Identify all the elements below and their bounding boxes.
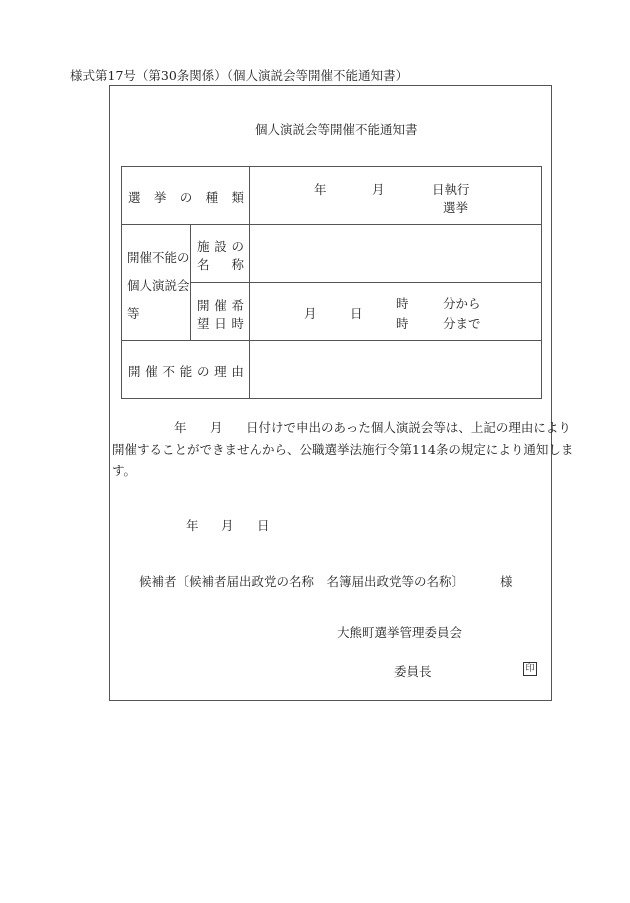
requested-day-field[interactable]: 日 xyxy=(350,304,363,322)
body-line1: 日付けで申出のあった個人演説会等は、上記の理由により xyxy=(246,418,571,436)
requested-month-field[interactable]: 月 xyxy=(304,304,317,322)
reason-field[interactable] xyxy=(252,343,538,395)
start-minute-field[interactable]: 分から xyxy=(443,294,481,312)
facility-name-label-1: 施 設 の xyxy=(197,237,244,255)
body-month: 月 xyxy=(210,418,223,436)
election-day-field[interactable]: 日執行 xyxy=(432,180,470,198)
election-year-field[interactable]: 年 xyxy=(314,180,327,198)
requested-datetime-label-1: 開 催 希 xyxy=(197,296,244,314)
body-line2: 開催することができませんから、公職選挙法施行令第114条の規定により通知しま xyxy=(112,440,573,458)
notice-year[interactable]: 年 xyxy=(186,516,199,534)
election-name-field[interactable]: 選挙 xyxy=(443,198,468,216)
election-month-field[interactable]: 月 xyxy=(372,180,385,198)
body-line3: す。 xyxy=(112,461,136,479)
election-type-label: 選 挙 の 種 類 xyxy=(128,188,244,206)
issuer-title: 委員長 xyxy=(394,662,432,680)
notice-day[interactable]: 日 xyxy=(257,516,270,534)
addressee: 候補者〔候補者届出政党の名称 名簿届出政党等の名称〕 xyxy=(139,572,464,590)
notice-month[interactable]: 月 xyxy=(221,516,234,534)
end-minute-field[interactable]: 分まで xyxy=(443,314,481,332)
start-hour-field[interactable]: 時 xyxy=(396,294,409,312)
requested-datetime-label-2: 望 日 時 xyxy=(197,314,244,332)
reason-label: 開 催 不 能 の 理 由 xyxy=(128,362,244,380)
facility-name-label-2: 名 称 xyxy=(197,255,244,273)
document-title: 個人演説会等開催不能通知書 xyxy=(255,120,418,138)
group-label-line3: 等 xyxy=(127,304,140,322)
end-hour-field[interactable]: 時 xyxy=(396,314,409,332)
group-label-line1: 開催不能の xyxy=(127,248,190,266)
form-number: 様式第17号（第30条関係）（個人演説会等開催不能通知書） xyxy=(70,66,408,84)
body-year: 年 xyxy=(174,418,187,436)
honorific: 様 xyxy=(500,572,513,590)
facility-name-field[interactable] xyxy=(252,227,538,279)
issuer-organization: 大熊町選挙管理委員会 xyxy=(337,623,462,641)
seal-icon: 印 xyxy=(523,662,537,676)
group-label-line2: 個人演説会 xyxy=(127,276,190,294)
